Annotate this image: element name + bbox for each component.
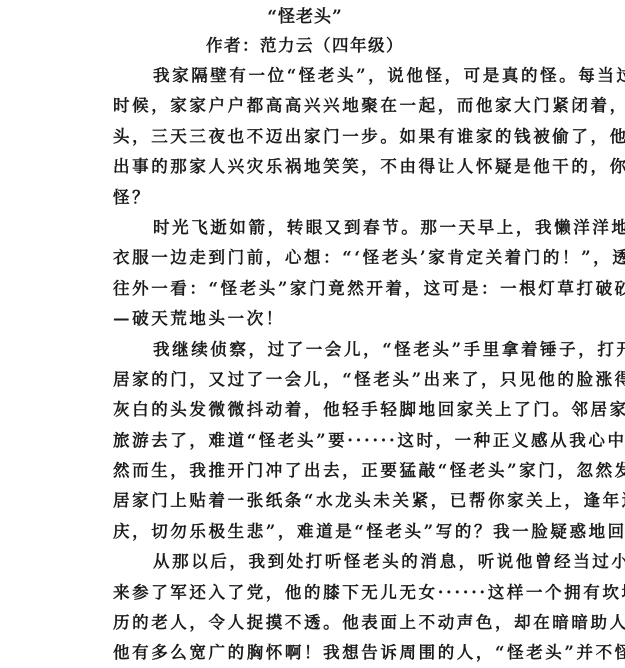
paragraph-1-line-5: 怪？ bbox=[113, 183, 531, 213]
essay-title: “怪老头” bbox=[0, 5, 610, 29]
document-page: “怪老头” 作者：范力云（四年级） 我家隔壁有一位“怪老头”，说他怪，可是真的怪… bbox=[0, 0, 625, 668]
paragraph-3-line-5: 然而生，我推开门冲了出去，正要猛敲“怪老头”家门，忽然发现邻 bbox=[113, 456, 531, 486]
paragraph-4-line-3: 历的老人，令人捉摸不透。他表面上不动声色，却在暗暗助人为乐。 bbox=[113, 608, 531, 638]
essay-author: 作者：范力云（四年级） bbox=[0, 34, 610, 58]
paragraph-3-line-1: 我继续侦察，过了一会儿，“怪老头”手里拿着锤子，打开了邻 bbox=[113, 335, 531, 365]
paragraph-1-line-3: 头，三天三夜也不迈出家门一步。如果有谁家的钱被偷了，他就冲着 bbox=[113, 122, 531, 152]
paragraph-2-line-4: —破天荒地头一次！ bbox=[113, 304, 531, 334]
paragraph-3-line-4: 旅游去了，难道“怪老头”要······这时，一种正义感从我心中油 bbox=[113, 426, 531, 456]
paragraph-4-line-4: 他有多么宽广的胸怀啊！我想告诉周围的人，“怪老头”并不怪！ bbox=[113, 638, 531, 668]
paragraph-2-line-1: 时光飞逝如箭，转眼又到春节。那一天早上，我懒洋洋地一边穿 bbox=[113, 213, 531, 243]
paragraph-3-line-7: 庆，切勿乐极生悲”，难道是“怪老头”写的？我一脸疑惑地回了家。 bbox=[113, 517, 531, 547]
paragraph-1-line-2: 时候，家家户户都高高兴兴地聚在一起，而他家大门紧闭着，这个老 bbox=[113, 91, 531, 121]
paragraph-2-line-2: 衣服一边走到门前，心想：“‘怪老头’家肯定关着门的！”，透过门镜 bbox=[113, 243, 531, 273]
paragraph-3-line-6: 居家门上贴着一张纸条“水龙头未关紧，已帮你家关上，逢年过节喜 bbox=[113, 486, 531, 516]
paragraph-4-line-2: 来参了军还入了党，他的膝下无儿无女······这样一个拥有坎坷经 bbox=[113, 578, 531, 608]
paragraph-4-line-1: 从那以后，我到处打听怪老头的消息，听说他曾经当过小偷，后 bbox=[113, 547, 531, 577]
paragraph-3-line-3: 灰白的头发微微抖动着，他轻手轻脚地回家关上了门。邻居家那天就 bbox=[113, 395, 531, 425]
paragraph-2-line-3: 往外一看：“怪老头”家门竟然开着，这可是：一根灯草打破砂锅— bbox=[113, 274, 531, 304]
paragraph-3-line-2: 居家的门，又过了一会儿，“怪老头”出来了，只见他的脸涨得通红， bbox=[113, 365, 531, 395]
paragraph-1-line-1: 我家隔壁有一位“怪老头”，说他怪，可是真的怪。每当过年的 bbox=[113, 61, 531, 91]
paragraph-1-line-4: 出事的那家人兴灾乐祸地笑笑，不由得让人怀疑是他干的，你说怪不 bbox=[113, 152, 531, 182]
essay-body: 我家隔壁有一位“怪老头”，说他怪，可是真的怪。每当过年的 时候，家家户户都高高兴… bbox=[113, 61, 531, 668]
